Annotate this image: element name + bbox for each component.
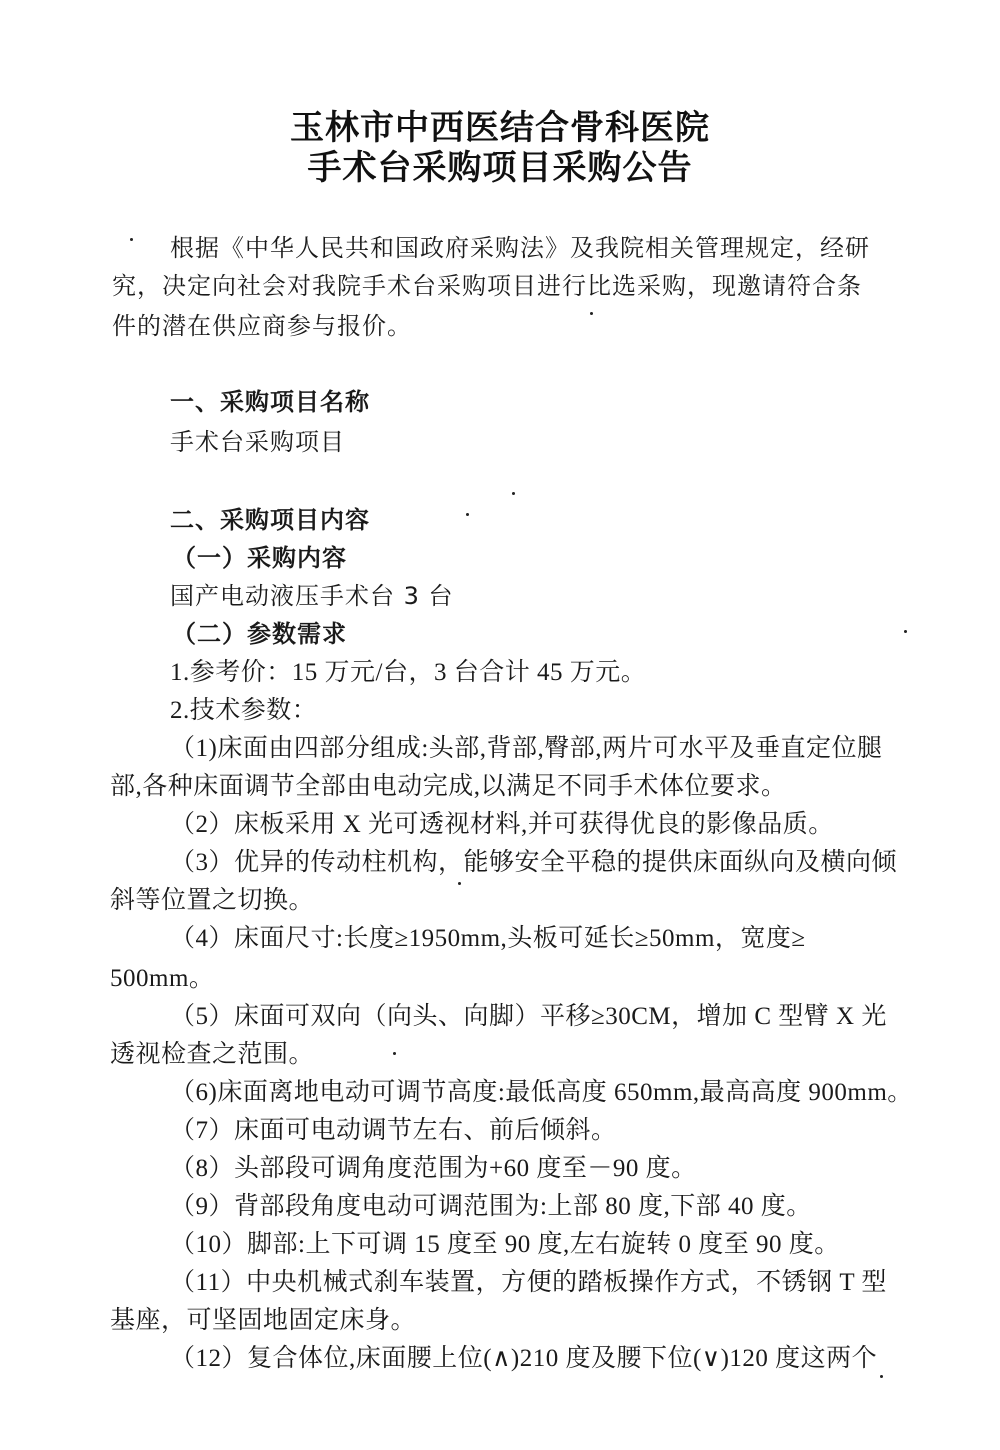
param-line: （8）头部段可调角度范围为+60 度至－90 度。 — [170, 1148, 697, 1184]
param-line: （12）复合体位,床面腰上位(∧)210 度及腰下位(∨)120 度这两个 — [170, 1338, 877, 1374]
param-line: （4）床面尺寸:长度≥1950mm,头板可延长≥50mm，宽度≥ — [170, 918, 806, 954]
param-line: 基座，可坚固地固定床身。 — [110, 1300, 416, 1336]
param-line: 斜等位置之切换。 — [110, 880, 314, 916]
param-line: （3）优异的传动柱机构，能够安全平稳的提供床面纵向及横向倾 — [170, 842, 897, 878]
param-line: （10）脚部:上下可调 15 度至 90 度,左右旋转 0 度至 90 度。 — [170, 1224, 840, 1260]
reference-price: 1.参考价：15 万元/台，3 台合计 45 万元。 — [170, 652, 646, 688]
intro-line-2: 究，决定向社会对我院手术台采购项目进行比选采购，现邀请符合条 — [112, 266, 862, 301]
param-line: （1)床面由四部分组成:头部,背部,臀部,两片可水平及垂直定位腿 — [170, 728, 883, 764]
section-1-content: 手术台采购项目 — [170, 422, 345, 457]
param-line: （11）中央机械式刹车装置，方便的踏板操作方式，不锈钢 T 型 — [170, 1262, 887, 1298]
param-line: 500mm。 — [110, 958, 214, 994]
param-line: （5）床面可双向（向头、向脚）平移≥30CM，增加 C 型臂 X 光 — [170, 996, 887, 1032]
param-line: （2）床板采用 X 光可透视材料,并可获得优良的影像品质。 — [170, 804, 834, 840]
param-line: （6)床面离地电动可调节高度:最低高度 650mm,最高高度 900mm。 — [170, 1072, 913, 1108]
param-line: （9）背部段角度电动可调范围为:上部 80 度,下部 40 度。 — [170, 1186, 812, 1222]
tech-params-heading: 2.技术参数： — [170, 690, 317, 726]
intro-line-1: 根据《中华人民共和国政府采购法》及我院相关管理规定，经研 — [170, 228, 870, 263]
subsection-1-heading: （一）采购内容 — [172, 538, 347, 573]
scan-speck — [458, 882, 461, 885]
document-title-line2: 手术台采购项目采购公告 — [0, 140, 1000, 189]
param-line: 部,各种床面调节全部由电动完成,以满足不同手术体位要求。 — [110, 766, 787, 802]
scan-speck — [130, 238, 133, 241]
subsection-2-heading: （二）参数需求 — [172, 614, 347, 649]
section-2-heading: 二、采购项目内容 — [170, 500, 370, 535]
section-1-heading: 一、采购项目名称 — [170, 382, 370, 417]
scan-speck — [393, 1052, 396, 1055]
intro-line-3: 件的潜在供应商参与报价。 — [112, 306, 412, 341]
scan-speck — [466, 513, 469, 516]
param-line: 透视检查之范围。 — [110, 1034, 314, 1070]
document-page: 玉林市中西医结合骨科医院 手术台采购项目采购公告 根据《中华人民共和国政府采购法… — [0, 0, 1000, 1450]
param-line: （7）床面可电动调节左右、前后倾斜。 — [170, 1110, 617, 1146]
scan-speck — [904, 630, 907, 633]
scan-speck — [512, 492, 515, 495]
subsection-1-content: 国产电动液压手术台 3 台 — [170, 576, 454, 611]
scan-speck — [590, 312, 593, 315]
scan-speck — [880, 1375, 883, 1378]
